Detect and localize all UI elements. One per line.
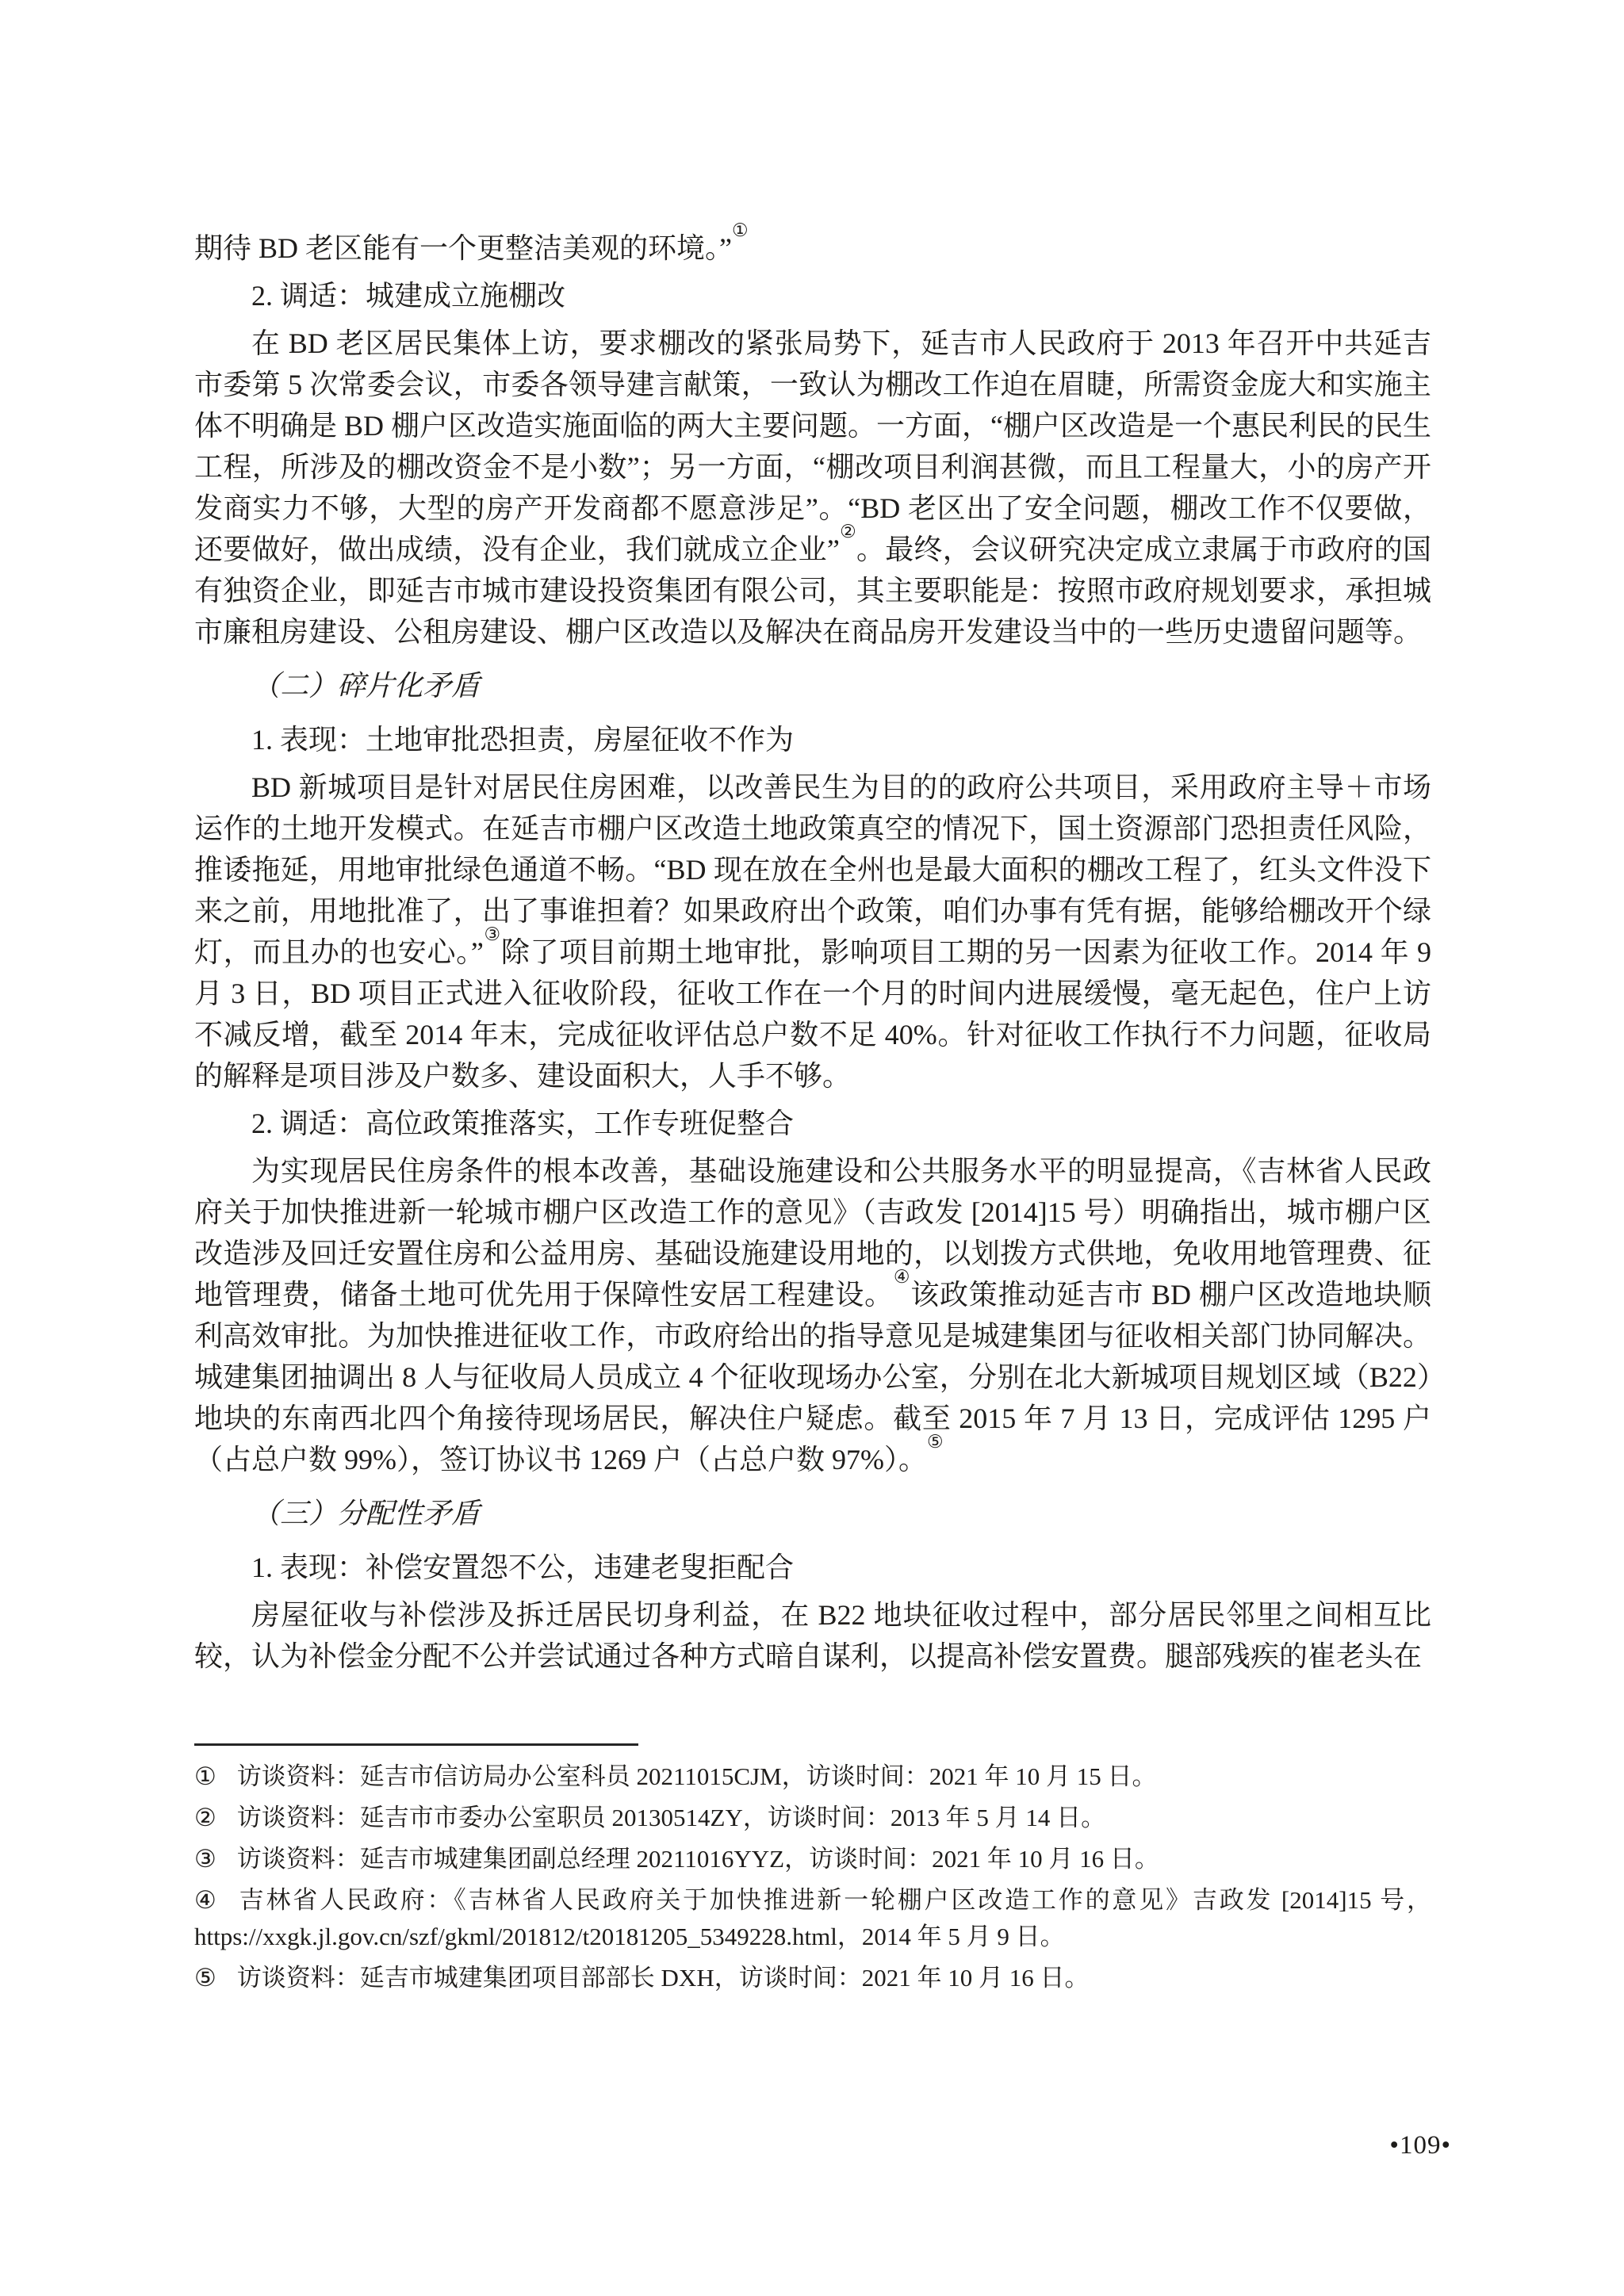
paragraph-3: 为实现居民住房条件的根本改善，基础设施建设和公共服务水平的明显提高，《吉林省人民… — [194, 1150, 1431, 1480]
footnote-ref-3: ③ — [484, 924, 501, 944]
footnote-divider — [194, 1743, 638, 1746]
subheading-adjust-policy: 2. 调适：高位政策推落实，工作专班促整合 — [194, 1103, 1431, 1144]
footnote-2-text: 访谈资料：延吉市市委办公室职员 20130514ZY，访谈时间：2013 年 5… — [237, 1804, 1105, 1831]
section-heading-distribution: （三）分配性矛盾 — [194, 1493, 1431, 1534]
paragraph-2: BD 新城项目是针对居民住房困难，以改善民生为目的的政府公共项目，采用政府主导＋… — [194, 767, 1431, 1096]
footnote-4-marker: ④ — [194, 1882, 216, 1919]
page-number: •109• — [1389, 2131, 1451, 2160]
subheading-manifest-compensation: 1. 表现：补偿安置怨不公，违建老叟拒配合 — [194, 1547, 1431, 1588]
footnote-1-text: 访谈资料：延吉市信访局办公室科员 20211015CJM，访谈时间：2021 年… — [237, 1762, 1157, 1790]
paragraph-continuation: 期待 BD 老区能有一个更整洁美观的环境。”① — [194, 228, 1431, 269]
document-page: 期待 BD 老区能有一个更整洁美观的环境。”① 2. 调适：城建成立施棚改 在 … — [0, 0, 1624, 2296]
footnote-5-text: 访谈资料：延吉市城建集团项目部部长 DXH，访谈时间：2021 年 10 月 1… — [237, 1964, 1090, 1992]
paragraph-1-text-a: 在 BD 老区居民集体上访，要求棚改的紧张局势下，延吉市人民政府于 2013 年… — [194, 327, 1431, 565]
footnote-3: ③访谈资料：延吉市城建集团副总经理 20211016YYZ，访谈时间：2021 … — [194, 1841, 1431, 1877]
footnote-5-marker: ⑤ — [194, 1960, 216, 1996]
footnote-3-marker: ③ — [194, 1841, 216, 1877]
footnote-ref-4: ④ — [894, 1267, 910, 1287]
subheading-manifest-land: 1. 表现：土地审批恐担责，房屋征收不作为 — [194, 719, 1431, 760]
footnotes-section: ①访谈资料：延吉市信访局办公室科员 20211015CJM，访谈时间：2021 … — [194, 1743, 1431, 1996]
paragraph-1: 在 BD 老区居民集体上访，要求棚改的紧张局势下，延吉市人民政府于 2013 年… — [194, 323, 1431, 652]
footnote-5: ⑤访谈资料：延吉市城建集团项目部部长 DXH，访谈时间：2021 年 10 月 … — [194, 1960, 1431, 1996]
subheading-adjust-chengjian: 2. 调适：城建成立施棚改 — [194, 275, 1431, 316]
footnote-ref-1: ① — [732, 220, 749, 240]
body-text: 期待 BD 老区能有一个更整洁美观的环境。”① 2. 调适：城建成立施棚改 在 … — [194, 228, 1431, 1677]
footnote-ref-5: ⑤ — [927, 1432, 944, 1452]
paragraph-4: 房屋征收与补偿涉及拆迁居民切身利益，在 B22 地块征收过程中，部分居民邻里之间… — [194, 1594, 1431, 1677]
footnote-2-marker: ② — [194, 1800, 216, 1836]
footnote-4: ④吉林省人民政府：《吉林省人民政府关于加快推进新一轮棚户区改造工作的意见》吉政发… — [194, 1882, 1431, 1955]
footnote-4-text: 吉林省人民政府：《吉林省人民政府关于加快推进新一轮棚户区改造工作的意见》吉政发 … — [194, 1886, 1431, 1950]
footnote-1-marker: ① — [194, 1758, 216, 1795]
footnote-2: ②访谈资料：延吉市市委办公室职员 20130514ZY，访谈时间：2013 年 … — [194, 1800, 1431, 1836]
paragraph-continuation-text: 期待 BD 老区能有一个更整洁美观的环境。” — [194, 232, 732, 264]
footnote-ref-2: ② — [840, 522, 856, 541]
footnote-3-text: 访谈资料：延吉市城建集团副总经理 20211016YYZ，访谈时间：2021 年… — [237, 1845, 1159, 1873]
section-heading-fragmentation: （二）碎片化矛盾 — [194, 665, 1431, 706]
footnote-1: ①访谈资料：延吉市信访局办公室科员 20211015CJM，访谈时间：2021 … — [194, 1758, 1431, 1795]
